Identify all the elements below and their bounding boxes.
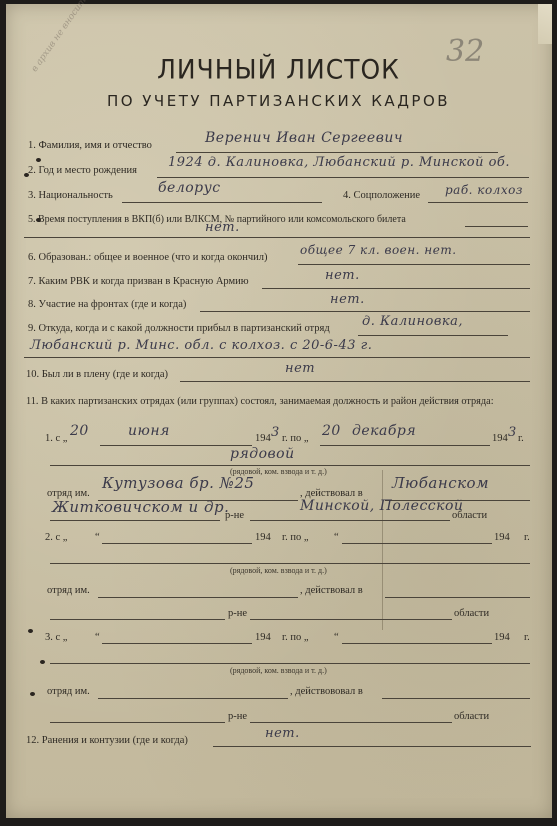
field-10-label: 10. Был ли в плену (где и когда)	[26, 369, 168, 380]
entry-3-to-quote: “	[334, 632, 339, 643]
corner-fold	[538, 4, 552, 44]
field-9-line-b	[24, 357, 530, 358]
entry-1-to-day: 20	[322, 423, 341, 439]
field-3-label: 3. Национальность	[28, 190, 113, 201]
entry-2-num: 2. с „	[45, 532, 67, 543]
field-12-line	[213, 746, 531, 747]
entry-1-operated-in: Любанском	[392, 474, 489, 492]
entry-3-detachment-line	[98, 698, 288, 699]
entry-3-region-label: области	[454, 711, 489, 722]
field-5-line-a	[465, 226, 528, 227]
field-7-value: нет.	[325, 268, 360, 283]
field-9-value-line2: Любанский р. Минс. обл. с колхоз. с 20-6…	[30, 338, 372, 353]
entry-2-position-line	[50, 563, 530, 564]
entry-2-detachment-line	[98, 597, 298, 598]
field-10-line	[180, 381, 530, 382]
field-9-label: 9. Откуда, когда и с какой должности при…	[28, 323, 330, 334]
field-8-label: 8. Участие на фронтах (где и когда)	[28, 299, 186, 310]
entry-1-region-label: области	[452, 510, 487, 521]
field-2-value: 1924 д. Калиновка, Любанский р. Минской …	[168, 155, 510, 170]
entry-3-district-label: р-не	[228, 711, 247, 722]
field-8-line	[200, 311, 530, 312]
document-title: ЛИЧНЫЙ ЛИСТОК	[0, 54, 557, 85]
field-5-line-b	[24, 237, 530, 238]
field-6-line	[298, 264, 530, 265]
entry-3-operated-line	[382, 698, 530, 699]
entry-3-to-line	[342, 643, 492, 644]
entry-1-to-year-suffix: 3	[508, 425, 517, 440]
entry-1-from-day: 20	[70, 423, 89, 439]
entry-1-district: Житковичском и др.	[52, 498, 229, 516]
punch-hole	[30, 692, 35, 696]
entry-2-operated-line	[385, 597, 530, 598]
entry-2-position-hint: (рядовой, ком. взвода и т. д.)	[230, 566, 327, 575]
entry-1-region: Минской, Полесской	[300, 498, 463, 514]
entry-1-position: рядовой	[230, 446, 295, 462]
entry-3-from-line	[102, 643, 252, 644]
entry-1-from-year-suffix: 3	[271, 425, 280, 440]
entry-1-to-line	[320, 445, 490, 446]
entry-2-to-line	[342, 543, 492, 544]
entry-3-from-year: 194	[255, 632, 271, 643]
entry-3-region-line	[250, 722, 452, 723]
entry-1-to-year-prefix: 194	[492, 433, 508, 444]
field-2-line	[157, 177, 529, 178]
entry-2-to-unit: г.	[524, 532, 530, 543]
entry-2-from-line	[102, 543, 252, 544]
field-4-line	[428, 202, 528, 203]
field-9-value-line1: д. Калиновка,	[362, 314, 463, 329]
field-1-value: Веренич Иван Сергеевич	[205, 130, 403, 146]
punch-hole	[28, 629, 33, 633]
entry-3-district-line	[50, 722, 225, 723]
entry-2-district-line	[50, 619, 225, 620]
entry-1-from-year-prefix: 194	[255, 433, 271, 444]
entry-3-to-unit: г.	[524, 632, 530, 643]
field-4-value: раб. колхоз	[445, 183, 523, 197]
entry-1-detachment: Кутузова бр. №25	[102, 474, 254, 492]
field-7-line	[262, 288, 530, 289]
punch-hole	[36, 158, 41, 162]
entry-2-to-quote: “	[334, 532, 339, 543]
entry-3-position-line	[50, 663, 530, 664]
field-8-value: нет.	[330, 292, 365, 307]
entry-3-num: 3. с „	[45, 632, 67, 643]
entry-3-from-unit: г. по „	[282, 632, 309, 643]
punch-hole	[40, 660, 45, 664]
field-3-line	[122, 202, 322, 203]
field-4-label: 4. Соцположение	[343, 190, 420, 201]
field-12-label: 12. Ранения и контузии (где и когда)	[26, 735, 188, 746]
entry-2-district-label: р-не	[228, 608, 247, 619]
entry-2-from-unit: г. по „	[282, 532, 309, 543]
field-3-value: белорус	[158, 180, 221, 196]
document-subtitle: ПО УЧЕТУ ПАРТИЗАНСКИХ КАДРОВ	[0, 92, 557, 110]
field-6-label: 6. Образован.: общее и военное (что и ко…	[28, 252, 268, 263]
entry-2-to-year: 194	[494, 532, 510, 543]
entry-3-operated-label: , действововал в	[290, 686, 363, 697]
entry-2-from-year: 194	[255, 532, 271, 543]
field-6-value: общее 7 кл. воен. нет.	[300, 243, 457, 257]
field-1-label: 1. Фамилия, имя и отчество	[28, 140, 152, 151]
entry-1-from-month: июня	[128, 423, 170, 439]
entry-3-from-quote: “	[95, 632, 100, 643]
field-11-label: 11. В каких партизанских отрядах (или гр…	[26, 395, 536, 409]
field-9-line-a	[358, 335, 508, 336]
entry-3-to-year: 194	[494, 632, 510, 643]
fold-crease	[382, 470, 383, 630]
field-2-label: 2. Год и место рождения	[28, 165, 137, 176]
entry-1-to-unit: г.	[518, 433, 524, 444]
entry-3-position-hint: (рядовой, ком. взвода и т. д.)	[230, 666, 327, 675]
entry-2-region-line	[250, 619, 452, 620]
entry-2-region-label: области	[454, 608, 489, 619]
entry-2-operated-label: , действовал в	[300, 585, 363, 596]
field-10-value: нет	[285, 361, 315, 376]
entry-1-position-line	[50, 465, 530, 466]
field-5-value: нет.	[205, 220, 240, 235]
entry-1-to-month: декабря	[352, 423, 416, 439]
entry-2-detachment-label: отряд им.	[47, 585, 90, 596]
entry-1-num: 1. с „	[45, 433, 67, 444]
field-7-label: 7. Каким РВК и когда призван в Красную А…	[28, 276, 249, 287]
entry-1-from-unit: г. по „	[282, 433, 309, 444]
entry-2-from-quote: “	[95, 532, 100, 543]
entry-1-district-line	[50, 520, 220, 521]
entry-1-district-label: р-не	[225, 510, 244, 521]
entry-1-region-line	[250, 520, 450, 521]
entry-3-detachment-label: отряд им.	[47, 686, 90, 697]
field-1-line	[176, 152, 498, 153]
field-12-value: нет.	[265, 726, 300, 741]
